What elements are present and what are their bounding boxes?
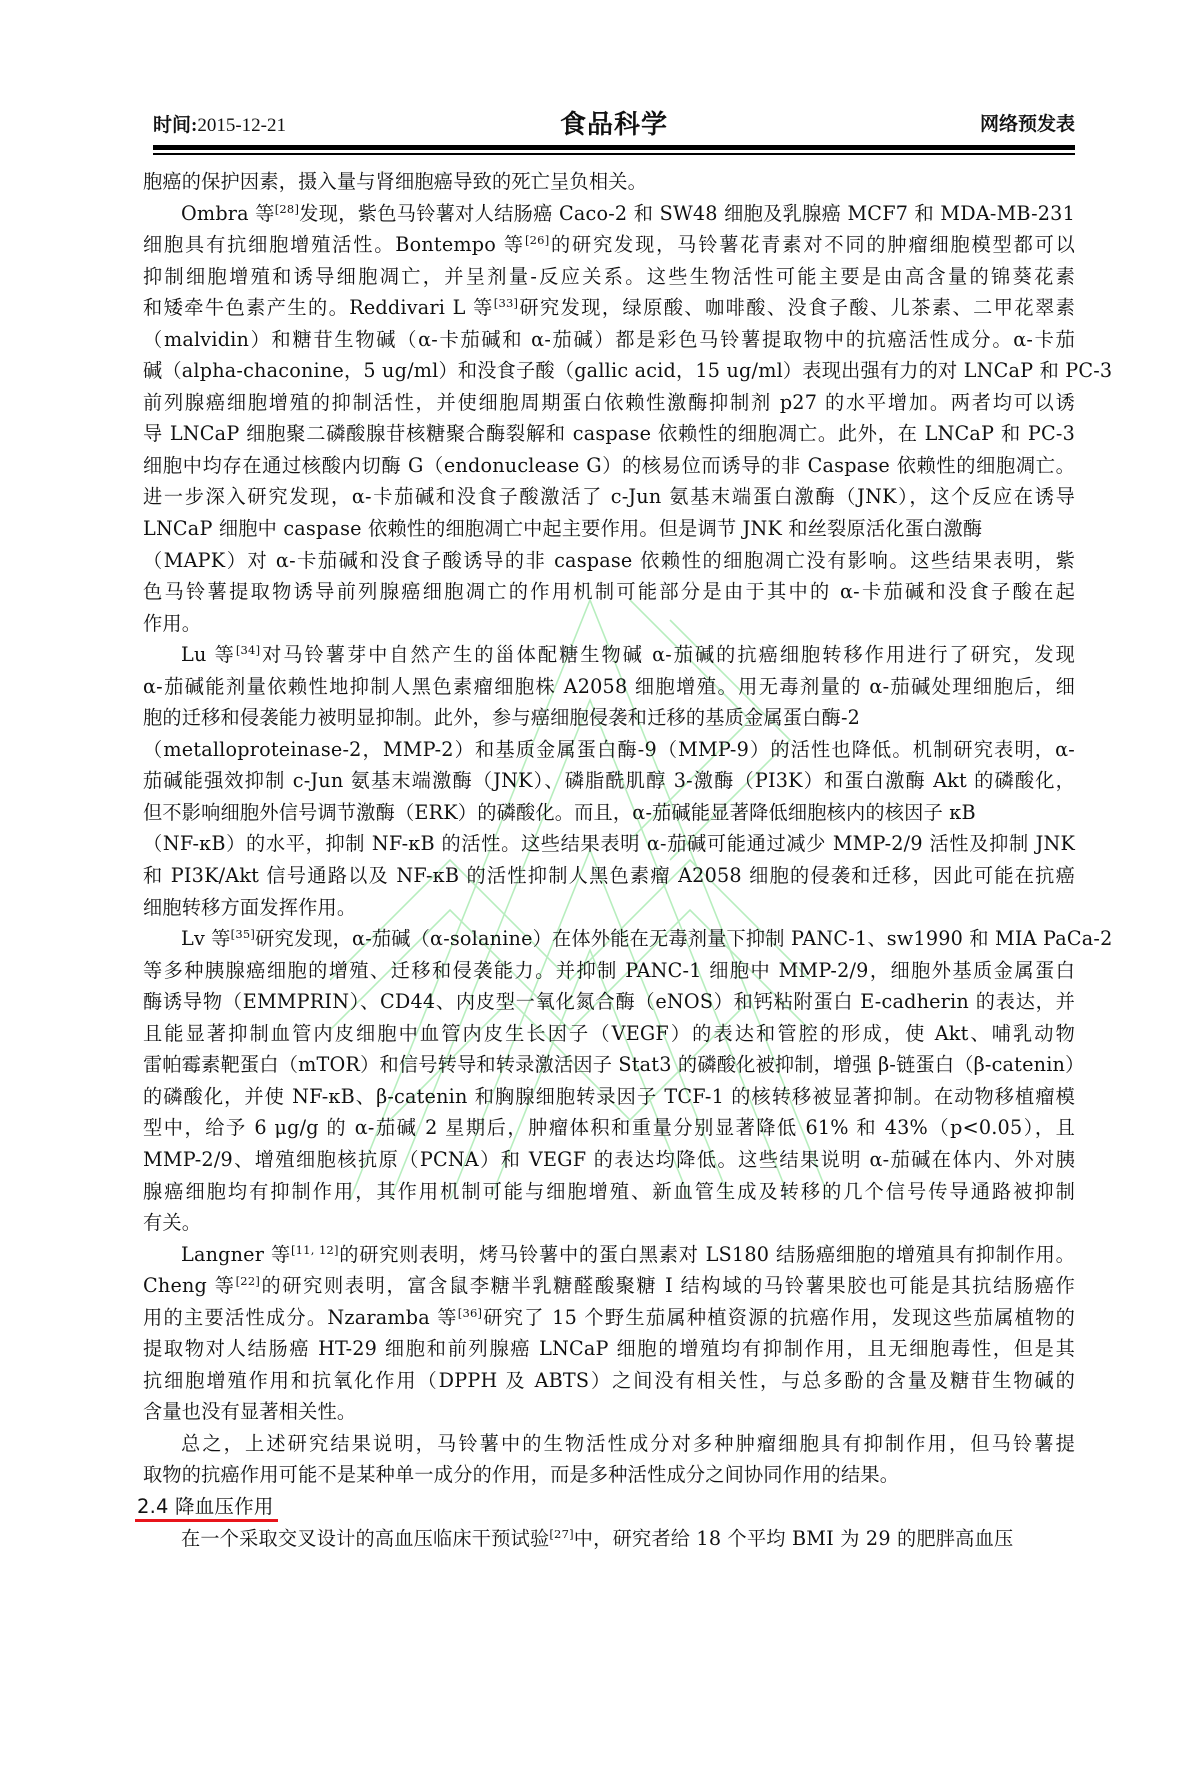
text-line: Cheng 等[22]的研究则表明，富含鼠李糖半乳糖醛酸聚糖 I 结构域的马铃薯… bbox=[143, 1270, 1075, 1302]
section-number: 2.4 bbox=[137, 1495, 169, 1518]
text-line: 用的主要活性成分。Nzaramba 等[36]研究了 15 个野生茄属种植资源的… bbox=[143, 1302, 1075, 1334]
text-run: 在一个采取交叉设计的高血压临床干预试验 bbox=[181, 1527, 549, 1550]
text-run: 细胞具有抗细胞增殖活性。Bontempo 等 bbox=[143, 233, 525, 256]
citation-ref: [36] bbox=[458, 1306, 482, 1320]
text-line: 细胞具有抗细胞增殖活性。Bontempo 等[26]的研究发现，马铃薯花青素对不… bbox=[143, 229, 1075, 261]
text-line: 的磷酸化，并使 NF-κB、β-catenin 和胸腺细胞转录因子 TCF-1 … bbox=[143, 1081, 1075, 1113]
text-line: MMP-2/9、增殖细胞核抗原（PCNA）和 VEGF 的表达均降低。这些结果说… bbox=[143, 1144, 1075, 1176]
citation-ref: [27] bbox=[549, 1527, 573, 1541]
text-run: 研究发现，绿原酸、咖啡酸、没食子酸、儿茶素、二甲花翠素 bbox=[518, 296, 1075, 319]
header-rule-thin bbox=[153, 153, 1075, 155]
citation-ref: [33] bbox=[494, 296, 518, 310]
section-title: 降血压作用 bbox=[175, 1495, 274, 1518]
text-line: 和矮牵牛色素产生的。Reddivari L 等[33]研究发现，绿原酸、咖啡酸、… bbox=[143, 292, 1075, 324]
text-line: 雷帕霉素靶蛋白（mTOR）和信号转导和转录激活因子 Stat3 的磷酸化被抑制，… bbox=[143, 1049, 1075, 1081]
text-line: α-茄碱能剂量依赖性地抑制人黑色素瘤细胞株 A2058 细胞增殖。用无毒剂量的 … bbox=[143, 671, 1075, 703]
text-run: 的研究发现，马铃薯花青素对不同的肿瘤细胞模型都可以 bbox=[549, 233, 1075, 256]
text-line: 总之，上述研究结果说明，马铃薯中的生物活性成分对多种肿瘤细胞具有抑制作用，但马铃… bbox=[143, 1428, 1075, 1460]
text-run: 中，研究者给 18 个平均 BMI 为 29 的肥胖高血压 bbox=[574, 1527, 1014, 1550]
paragraph: 总之，上述研究结果说明，马铃薯中的生物活性成分对多种肿瘤细胞具有抑制作用，但马铃… bbox=[143, 1428, 1075, 1491]
text-line: 作用。 bbox=[143, 608, 1075, 640]
text-line: 胞的迁移和侵袭能力被明显抑制。此外，参与癌细胞侵袭和迁移的基质金属蛋白酶-2 bbox=[143, 702, 1075, 734]
text-run: 研究了 15 个野生茄属种植资源的抗癌作用，发现这些茄属植物的 bbox=[482, 1306, 1075, 1329]
text-line: （metalloproteinase-2，MMP-2）和基质金属蛋白酶-9（MM… bbox=[143, 734, 1075, 766]
text-run: 研究发现，α-茄碱（α-solanine）在体外能在无毒剂量下抑制 PANC-1… bbox=[255, 927, 1112, 950]
text-line: 腺癌细胞均有抑制作用，其作用机制可能与细胞增殖、新血管生成及转移的几个信号传导通… bbox=[143, 1176, 1075, 1208]
journal-title: 食品科学 bbox=[153, 104, 1075, 141]
text-line: 酶诱导物（EMMPRIN）、CD44、内皮型一氧化氮合酶（eNOS）和钙粘附蛋白… bbox=[143, 986, 1075, 1018]
publication-status: 网络预发表 bbox=[980, 109, 1075, 136]
text-line: 但不影响细胞外信号调节激酶（ERK）的磷酸化。而且，α-茄碱能显著降低细胞核内的… bbox=[143, 797, 1075, 829]
text-line: 有关。 bbox=[143, 1207, 1075, 1239]
citation-ref: [35] bbox=[231, 927, 255, 941]
text-line: 细胞中均存在通过核酸内切酶 G（endonuclease G）的核易位而诱导的非… bbox=[143, 450, 1075, 482]
text-line: 前列腺癌细胞增殖的抑制活性，并使细胞周期蛋白依赖性激酶抑制剂 p27 的水平增加… bbox=[143, 387, 1075, 419]
text-run: Ombra 等 bbox=[181, 202, 275, 225]
text-line: 提取物对人结肠癌 HT-29 细胞和前列腺癌 LNCaP 细胞的增殖均有抑制作用… bbox=[143, 1333, 1075, 1365]
citation-ref: [26] bbox=[525, 233, 549, 247]
text-run: 用的主要活性成分。Nzaramba 等 bbox=[143, 1306, 458, 1329]
running-header: 时间:2015-12-21 食品科学 网络预发表 bbox=[153, 104, 1075, 144]
text-line: 和 PI3K/Akt 信号通路以及 NF-κB 的活性抑制人黑色素瘤 A2058… bbox=[143, 860, 1075, 892]
text-run: 对马铃薯芽中自然产生的甾体配糖生物碱 α-茄碱的抗癌细胞转移作用进行了研究，发现 bbox=[260, 643, 1075, 666]
text-run: 发现，紫色马铃薯对人结肠癌 Caco-2 和 SW48 细胞及乳腺癌 MCF7 … bbox=[299, 202, 1075, 225]
text-run: Langner 等 bbox=[181, 1243, 291, 1266]
text-line: 茄碱能强效抑制 c-Jun 氨基末端激酶（JNK）、磷脂酰肌醇 3-激酶（PI3… bbox=[143, 765, 1075, 797]
text-line: 碱（alpha-chaconine，5 ug/ml）和没食子酸（gallic a… bbox=[143, 355, 1075, 387]
citation-ref: [28] bbox=[275, 202, 299, 216]
paragraph: Ombra 等[28]发现，紫色马铃薯对人结肠癌 Caco-2 和 SW48 细… bbox=[143, 198, 1075, 640]
text-line: （NF-κB）的水平，抑制 NF-κB 的活性。这些结果表明 α-茄碱可能通过减… bbox=[143, 828, 1075, 860]
text-line: 取物的抗癌作用可能不是某种单一成分的作用，而是多种活性成分之间协同作用的结果。 bbox=[143, 1459, 1075, 1491]
paragraph: Lv 等[35]研究发现，α-茄碱（α-solanine）在体外能在无毒剂量下抑… bbox=[143, 923, 1075, 1238]
text-run: Lu 等 bbox=[181, 643, 236, 666]
text-line: 等多种胰腺癌细胞的增殖、迁移和侵袭能力。并抑制 PANC-1 细胞中 MMP-2… bbox=[143, 955, 1075, 987]
text-line: LNCaP 细胞中 caspase 依赖性的细胞凋亡中起主要作用。但是调节 JN… bbox=[143, 513, 1075, 545]
citation-ref: [34] bbox=[236, 643, 260, 657]
section-heading: 2.4 降血压作用 bbox=[137, 1491, 276, 1523]
text-line: 胞癌的保护因素，摄入量与肾细胞癌导致的死亡呈负相关。 bbox=[143, 166, 1075, 198]
text-run: 的研究则表明，富含鼠李糖半乳糖醛酸聚糖 I 结构域的马铃薯果胶也可能是其抗结肠癌… bbox=[260, 1274, 1075, 1297]
section-heading-row: 2.4 降血压作用 bbox=[137, 1491, 1075, 1523]
text-line: 在一个采取交叉设计的高血压临床干预试验[27]中，研究者给 18 个平均 BMI… bbox=[143, 1523, 1075, 1555]
text-run: Lv 等 bbox=[181, 927, 231, 950]
text-line: 色马铃薯提取物诱导前列腺癌细胞凋亡的作用机制可能部分是由于其中的 α-卡茄碱和没… bbox=[143, 576, 1075, 608]
text-line: 进一步深入研究发现，α-卡茄碱和没食子酸激活了 c-Jun 氨基末端蛋白激酶（J… bbox=[143, 481, 1075, 513]
text-line: 抑制细胞增殖和诱导细胞凋亡，并呈剂量-反应关系。这些生物活性可能主要是由高含量的… bbox=[143, 261, 1075, 293]
text-line: 细胞转移方面发挥作用。 bbox=[143, 892, 1075, 924]
paragraph: 在一个采取交叉设计的高血压临床干预试验[27]中，研究者给 18 个平均 BMI… bbox=[143, 1523, 1075, 1555]
text-run: Cheng 等 bbox=[143, 1274, 236, 1297]
text-line: 含量也没有显著相关性。 bbox=[143, 1396, 1075, 1428]
paragraph: 胞癌的保护因素，摄入量与肾细胞癌导致的死亡呈负相关。 bbox=[143, 166, 1075, 198]
text-line: 抗细胞增殖作用和抗氧化作用（DPPH 及 ABTS）之间没有相关性，与总多酚的含… bbox=[143, 1365, 1075, 1397]
text-line: 且能显著抑制血管内皮细胞中血管内皮生长因子（VEGF）的表达和管腔的形成，使 A… bbox=[143, 1018, 1075, 1050]
text-run: 的研究则表明，烤马铃薯中的蛋白黑素对 LS180 结肠癌细胞的增殖具有抑制作用。 bbox=[339, 1243, 1075, 1266]
citation-ref: [11, 12] bbox=[291, 1243, 339, 1257]
text-line: 型中，给予 6 μg/g 的 α-茄碱 2 星期后，肿瘤体积和重量分别显著降低 … bbox=[143, 1112, 1075, 1144]
text-line: Ombra 等[28]发现，紫色马铃薯对人结肠癌 Caco-2 和 SW48 细… bbox=[143, 198, 1075, 230]
text-line: Lv 等[35]研究发现，α-茄碱（α-solanine）在体外能在无毒剂量下抑… bbox=[143, 923, 1075, 955]
text-run: 和矮牵牛色素产生的。Reddivari L 等 bbox=[143, 296, 494, 319]
paragraph: Langner 等[11, 12]的研究则表明，烤马铃薯中的蛋白黑素对 LS18… bbox=[143, 1239, 1075, 1428]
text-line: Lu 等[34]对马铃薯芽中自然产生的甾体配糖生物碱 α-茄碱的抗癌细胞转移作用… bbox=[143, 639, 1075, 671]
text-line: （malvidin）和糖苷生物碱（α-卡茄碱和 α-茄碱）都是彩色马铃薯提取物中… bbox=[143, 324, 1075, 356]
header-rule-thick bbox=[153, 145, 1075, 150]
article-body: 胞癌的保护因素，摄入量与肾细胞癌导致的死亡呈负相关。 Ombra 等[28]发现… bbox=[143, 166, 1075, 1554]
text-line: Langner 等[11, 12]的研究则表明，烤马铃薯中的蛋白黑素对 LS18… bbox=[143, 1239, 1075, 1271]
text-line: 导 LNCaP 细胞聚二磷酸腺苷核糖聚合酶裂解和 caspase 依赖性的细胞凋… bbox=[143, 418, 1075, 450]
text-line: （MAPK）对 α-卡茄碱和没食子酸诱导的非 caspase 依赖性的细胞凋亡没… bbox=[143, 545, 1075, 577]
paragraph: Lu 等[34]对马铃薯芽中自然产生的甾体配糖生物碱 α-茄碱的抗癌细胞转移作用… bbox=[143, 639, 1075, 923]
citation-ref: [22] bbox=[236, 1274, 260, 1288]
